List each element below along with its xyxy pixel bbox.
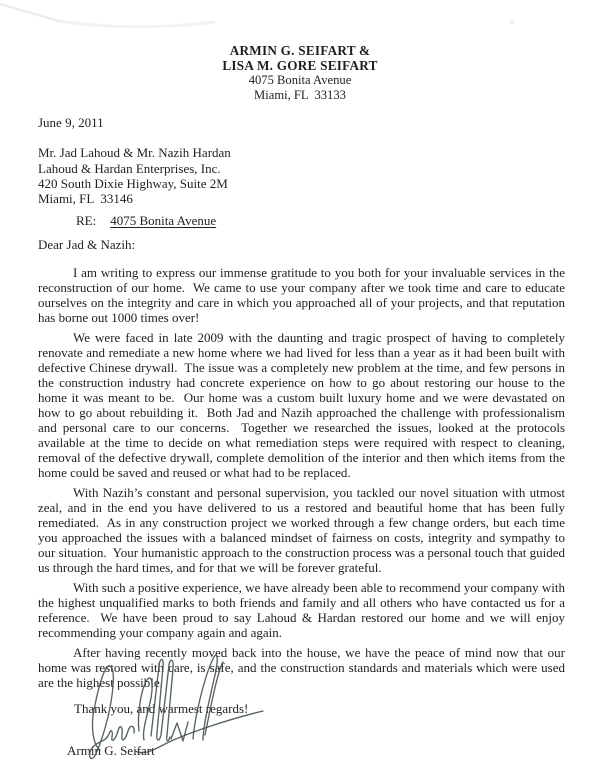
- signature-name: Armin G. Seifart: [67, 743, 565, 758]
- paragraph-1: I am writing to express our immense grat…: [38, 265, 565, 325]
- recipient-line-company: Lahoud & Hardan Enterprises, Inc.: [38, 161, 600, 176]
- recipient-block: Mr. Jad Lahoud & Mr. Nazih Hardan Lahoud…: [38, 145, 600, 206]
- reference-label: RE:: [76, 213, 96, 228]
- closing-line: Thank you, and warmest regards!: [38, 701, 565, 716]
- paragraph-2: We were faced in late 2009 with the daun…: [38, 330, 565, 480]
- letterhead-name-line1: ARMIN G. SEIFART &: [0, 44, 600, 59]
- document-page: ARMIN G. SEIFART & LISA M. GORE SEIFART …: [0, 0, 600, 778]
- paragraph-3: With Nazih’s constant and personal super…: [38, 485, 565, 575]
- reference-subject: 4075 Bonita Avenue: [110, 213, 216, 228]
- salutation: Dear Jad & Nazih:: [38, 237, 600, 252]
- letter-body: I am writing to express our immense grat…: [38, 265, 565, 690]
- letterhead-address-line1: 4075 Bonita Avenue: [0, 73, 600, 88]
- letterhead-name-line2: LISA M. GORE SEIFART: [0, 59, 600, 74]
- letterhead: ARMIN G. SEIFART & LISA M. GORE SEIFART …: [0, 44, 600, 102]
- reference-line: RE:4075 Bonita Avenue: [76, 213, 600, 228]
- letterhead-address-line2: Miami, FL 33133: [0, 88, 600, 103]
- recipient-line-city: Miami, FL 33146: [38, 191, 600, 206]
- recipient-line-names: Mr. Jad Lahoud & Mr. Nazih Hardan: [38, 145, 600, 160]
- letter-date: June 9, 2011: [38, 115, 600, 130]
- paragraph-5: After having recently moved back into th…: [38, 645, 565, 690]
- paragraph-4: With such a positive experience, we have…: [38, 580, 565, 640]
- recipient-line-street: 420 South Dixie Highway, Suite 2M: [38, 176, 600, 191]
